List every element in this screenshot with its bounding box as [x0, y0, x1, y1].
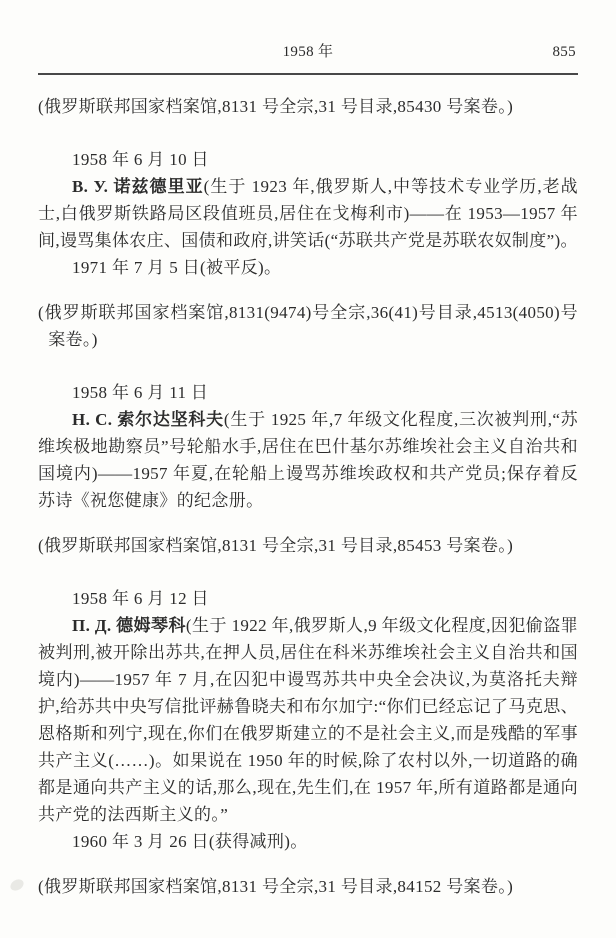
- entry-body: П. Д. 德姆琴科(生于 1922 年,俄罗斯人,9 年级文化程度,因犯偷盗罪…: [38, 612, 578, 828]
- entry-name: В. У. 诺兹德里亚: [72, 177, 204, 196]
- page-number: 855: [552, 42, 576, 62]
- entry-date: 1958 年 6 月 12 日: [38, 585, 578, 612]
- entry-name: П. Д. 德姆琴科: [72, 616, 186, 635]
- scan-smudge-artifact: [8, 877, 25, 893]
- document-page: 1958 年 855 (俄罗斯联邦国家档案馆,8131 号全宗,31 号目录,8…: [0, 0, 616, 938]
- archive-reference: (俄罗斯联邦国家档案馆,8131(9474)号全宗,36(41)号目录,4513…: [38, 299, 578, 353]
- entry-note: 1971 年 7 月 5 日(被平反)。: [38, 254, 578, 281]
- entry-name: Н. С. 索尔达坚科夫: [72, 410, 224, 429]
- archive-reference: (俄罗斯联邦国家档案馆,8131 号全宗,31 号目录,85430 号案卷。): [38, 93, 578, 120]
- archive-reference: (俄罗斯联邦国家档案馆,8131 号全宗,31 号目录,84152 号案卷。): [38, 873, 578, 900]
- running-head-title: 1958 年: [283, 44, 334, 60]
- entry: 1958 年 6 月 12 日 П. Д. 德姆琴科(生于 1922 年,俄罗斯…: [38, 585, 578, 900]
- entry-body: Н. С. 索尔达坚科夫(生于 1925 年,7 年级文化程度,三次被判刑,“苏…: [38, 406, 578, 514]
- entry-date: 1958 年 6 月 11 日: [38, 379, 578, 406]
- entry-body-text: (生于 1922 年,俄罗斯人,9 年级文化程度,因犯偷盗罪被判刑,被开除出苏共…: [38, 616, 578, 824]
- archive-reference: (俄罗斯联邦国家档案馆,8131 号全宗,31 号目录,85453 号案卷。): [38, 532, 578, 559]
- entry-date: 1958 年 6 月 10 日: [38, 146, 578, 173]
- entry-note: 1960 年 3 月 26 日(获得减刑)。: [38, 828, 578, 855]
- page-header: 1958 年 855: [38, 42, 578, 75]
- entry: 1958 年 6 月 10 日 В. У. 诺兹德里亚(生于 1923 年,俄罗…: [38, 146, 578, 353]
- entry: 1958 年 6 月 11 日 Н. С. 索尔达坚科夫(生于 1925 年,7…: [38, 379, 578, 559]
- entry-body: В. У. 诺兹德里亚(生于 1923 年,俄罗斯人,中等技术专业学历,老战士,…: [38, 173, 578, 254]
